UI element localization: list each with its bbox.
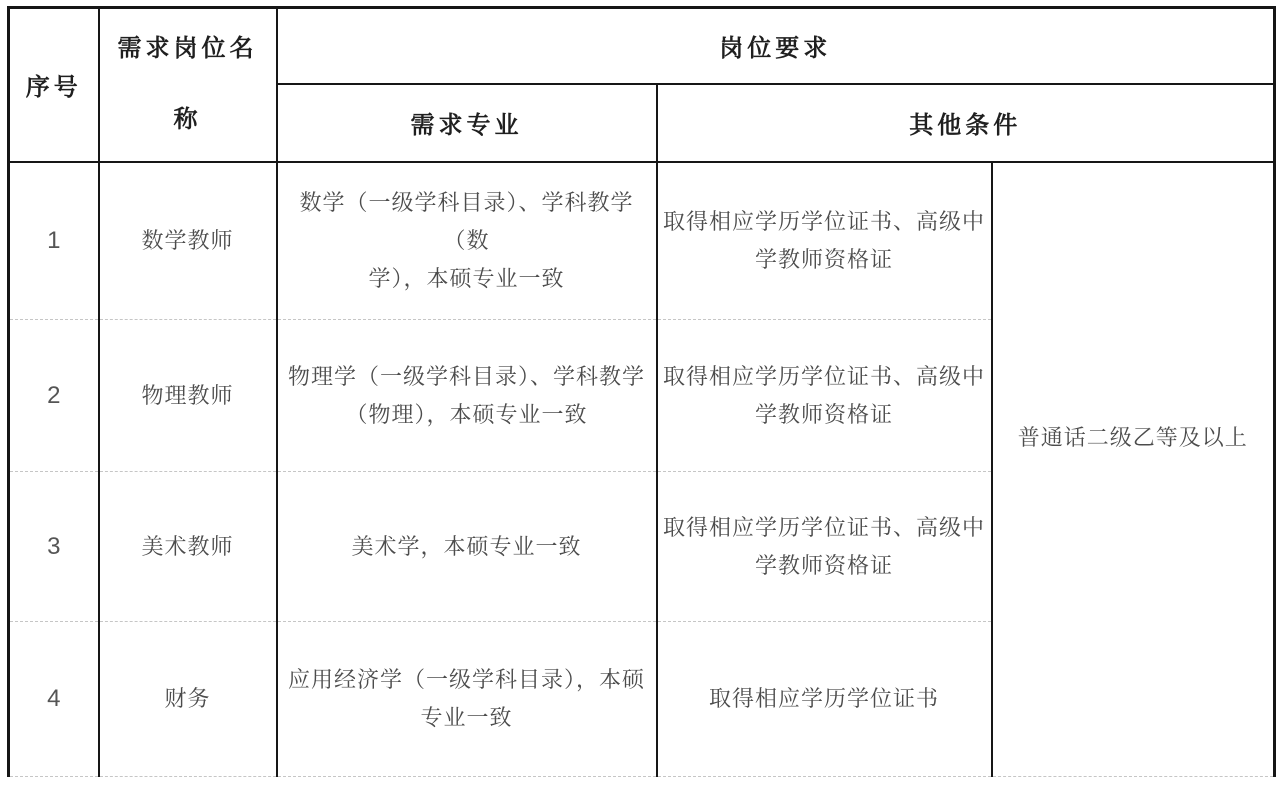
cell-index: 3 <box>9 472 99 622</box>
cell-major: 物理学（一级学科目录）、学科教学 （物理），本硕专业一致 <box>277 320 657 472</box>
cell-index: 1 <box>9 162 99 320</box>
header-col-other: 其他条件 <box>657 84 1275 162</box>
header-col-position: 需求岗位名 称 <box>99 8 277 162</box>
cell-other: 取得相应学历学位证书、高级中 学教师资格证 <box>657 320 992 472</box>
cell-major: 数学（一级学科目录）、学科教学（数 学），本硕专业一致 <box>277 162 657 320</box>
cell-other: 取得相应学历学位证书、高级中 学教师资格证 <box>657 472 992 622</box>
header-row-1: 序号 需求岗位名 称 岗位要求 <box>9 8 1275 84</box>
cell-other: 取得相应学历学位证书 <box>657 622 992 777</box>
merged-condition-cell: 普通话二级乙等及以上 <box>992 162 1275 777</box>
table-row: 1 数学教师 数学（一级学科目录）、学科教学（数 学），本硕专业一致 取得相应学… <box>9 162 1275 320</box>
cell-index: 2 <box>9 320 99 472</box>
cell-index: 4 <box>9 622 99 777</box>
cell-position: 美术教师 <box>99 472 277 622</box>
header-group-requirements: 岗位要求 <box>277 8 1275 84</box>
recruitment-table: 序号 需求岗位名 称 岗位要求 需求专业 其他条件 1 数学教师 数学（一级学科… <box>7 6 1276 777</box>
header-col-major: 需求专业 <box>277 84 657 162</box>
cell-position: 物理教师 <box>99 320 277 472</box>
cell-position: 财务 <box>99 622 277 777</box>
page: 序号 需求岗位名 称 岗位要求 需求专业 其他条件 1 数学教师 数学（一级学科… <box>0 0 1280 786</box>
cell-major: 应用经济学（一级学科目录），本硕 专业一致 <box>277 622 657 777</box>
header-col-index: 序号 <box>9 8 99 162</box>
cell-major: 美术学，本硕专业一致 <box>277 472 657 622</box>
cell-position: 数学教师 <box>99 162 277 320</box>
cell-other: 取得相应学历学位证书、高级中 学教师资格证 <box>657 162 992 320</box>
